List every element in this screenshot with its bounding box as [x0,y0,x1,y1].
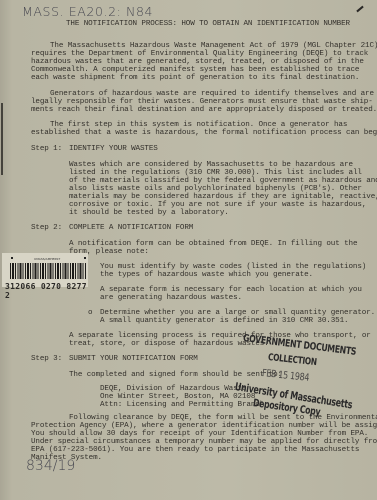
step-3-intro: The completed and signed form should be … [69,371,282,379]
check-mark-icon [356,6,363,13]
intro-p3-line-2: established that a waste is hazardous, t… [31,129,377,137]
step-1-line-7: it should be tested by a laboratory. [69,209,229,217]
step-2-note-3-line-2: A small quantity generator is defined in… [100,317,348,325]
handwritten-call-number: MASS. EA20.2: N84 [22,4,153,19]
intro-p2-line-3: ments reach their final destination and … [31,106,377,114]
step-2-closing-line-2: treat, store, or dispose of hazardous wa… [69,340,269,348]
intro-p1-line-5: each waste shipment from its point of ge… [31,74,359,82]
page-edge-mark [1,103,3,175]
barcode-dot-right [84,257,86,259]
step-2-note-2-line-2: are generating hazardous wastes. [100,294,242,302]
document-title: THE NOTIFICATION PROCESS: HOW TO OBTAIN … [66,20,350,28]
stamp-collection: COLLECTION [267,352,317,368]
step-2-note-1-line-2: the types of hazardous waste which you g… [100,271,313,279]
barcode-dot-left [11,257,13,259]
step-2-label: Step 2: [31,224,62,232]
handwritten-footer-note: 834/19 [26,458,75,474]
library-barcode-label: UMASS/AMHERST 312066 0270 8277 2 [2,253,88,287]
step-2-heading: COMPLETE A NOTIFICATION FORM [69,224,193,232]
step-3-label: Step 3: [31,355,62,363]
barcode-icon [10,263,86,279]
stamp-date: FEB 15 1984 [261,368,309,384]
barcode-number: 312066 0270 8277 2 [5,282,88,300]
step-1-label: Step 1: [31,145,62,153]
step-1-heading: IDENTIFY YOUR WASTES [69,145,158,153]
address-line-3: Attn: Licensing and Permitting Branch [100,401,264,409]
barcode-label-top: UMASS/AMHERST [34,257,60,261]
bullet-icon: o [88,309,92,317]
step-3-heading: SUBMIT YOUR NOTIFICATION FORM [69,355,198,363]
